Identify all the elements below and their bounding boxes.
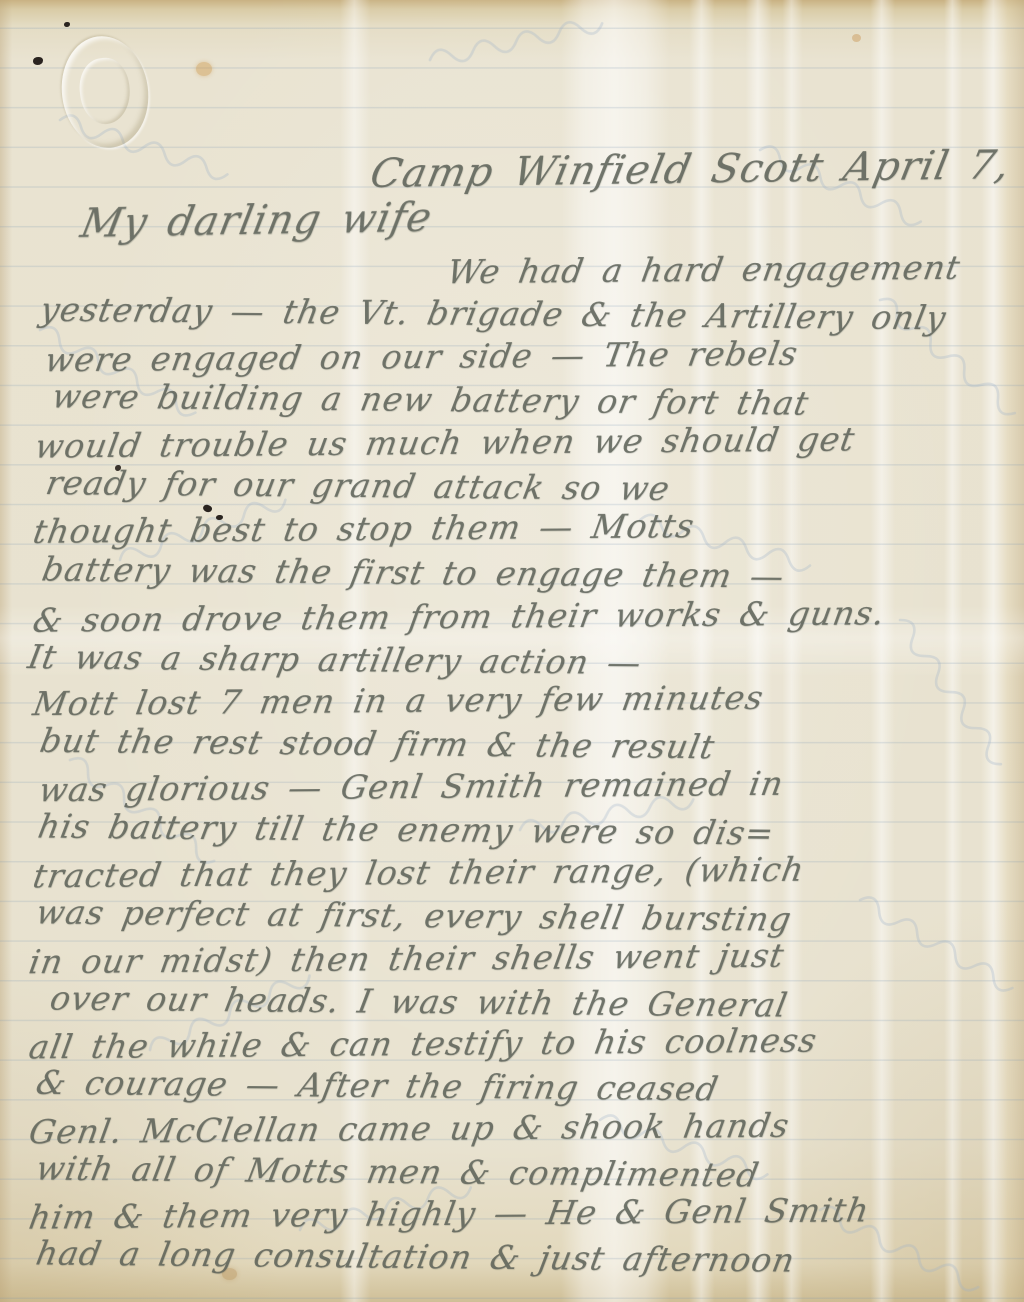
ink-speck [64,22,70,27]
letter-line: We had a hard engagement [444,248,963,291]
letter-line: & soon drove them from their works & gun… [30,593,888,639]
letter-line: had a long consultation & just afternoon [33,1233,798,1279]
letter-page: Camp Winfield Scott April 7, /62 My darl… [0,0,1024,1302]
letter-line: all the while & can testify to his cooln… [26,1021,820,1067]
letter-line: him & them very highly — He & Genl Smith [26,1190,872,1236]
letter-line: tracted that they lost their range, (whi… [30,850,807,896]
letter-line: over our heads. I was with the General [47,978,791,1024]
letter-line: & courage — After the firing ceased [33,1063,722,1109]
letter-line: but the rest stood firm & the result [37,721,718,766]
letter-line: with all of Motts men & complimented [33,1149,763,1195]
embossed-seal [55,31,156,154]
letter-line: was perfect at first, every shell bursti… [33,892,795,938]
letter-line: Mott lost 7 men in a very few minutes [30,678,767,723]
letter-line: were engaged on our side — The rebels [42,334,801,380]
letter-line: would trouble us much when we should get [32,419,858,465]
letter-line: was glorious — Genl Smith remained in [36,764,787,809]
ink-speck [33,57,43,65]
letter-line: thought best to stop them — Motts [30,506,697,551]
paper-stain [852,34,861,42]
letter-line: his battery till the enemy were so dis= [35,806,778,852]
letter-line: ready for our grand attack so we [43,463,673,508]
letter-salutation: My darling wife [77,195,436,247]
letter-line: battery was the first to engage them — [39,549,788,595]
letter-line: yesterday — the Vt. brigade & the Artill… [37,290,949,338]
paper-stain [196,62,212,76]
letter-line: in our midst) then their shells went jus… [26,936,787,982]
letter-dateline: Camp Winfield Scott April 7, /62 [366,141,1024,197]
letter-line: were building a new battery or fort that [49,376,812,422]
letter-line: It was a sharp artillery action — [25,637,645,682]
letter-line: Genl. McClellan came up & shook hands [26,1106,792,1152]
